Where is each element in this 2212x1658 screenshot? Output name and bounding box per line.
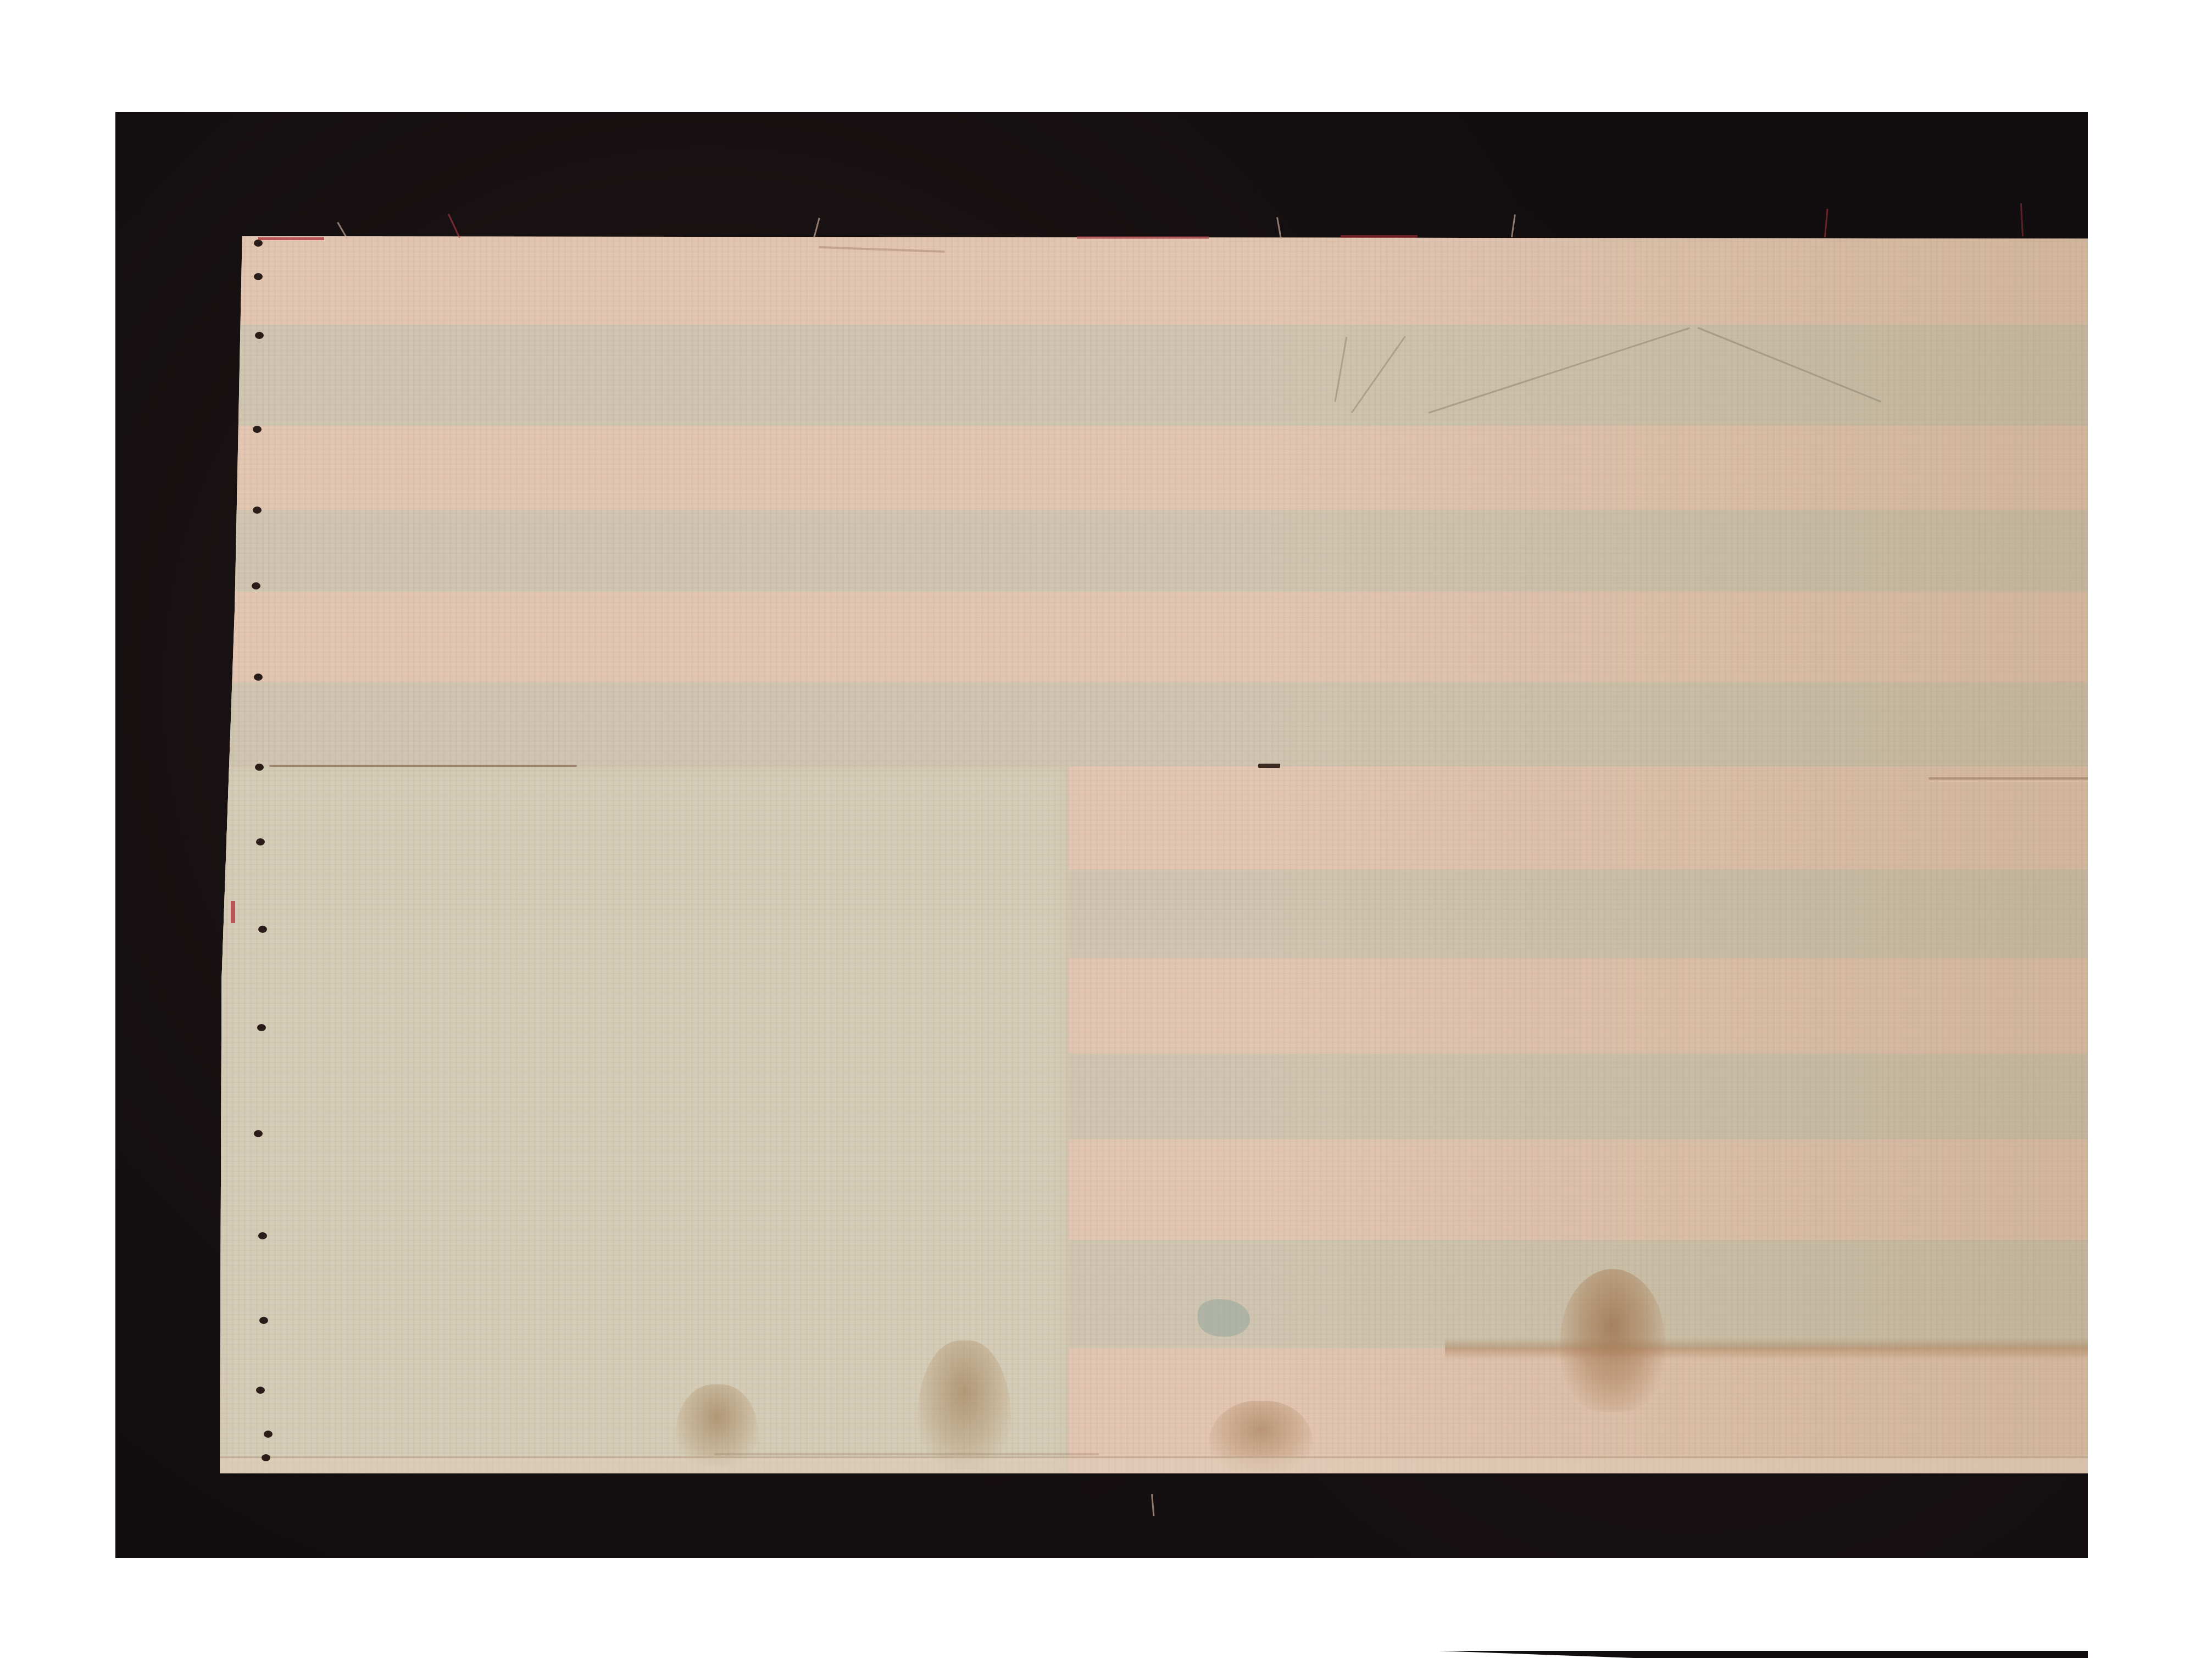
- hoist-stitch-hole: [255, 764, 264, 771]
- flag-stripe-grey: [220, 510, 2088, 592]
- hoist-stitch-hole: [259, 1317, 268, 1324]
- bottom-hem: [220, 1456, 2088, 1473]
- hoist-stitch-hole: [253, 426, 262, 433]
- flag-stripe-grey: [220, 325, 2088, 426]
- hoist-stitch-hole: [258, 1232, 267, 1239]
- hoist-stitch-hole: [262, 1454, 270, 1461]
- water-stain: [918, 1340, 1011, 1470]
- hoist-stitch-hole: [258, 926, 267, 933]
- hoist-stitch-hole: [255, 332, 264, 339]
- loose-thread: [269, 765, 577, 767]
- flag-stripe-pink: [220, 236, 2088, 325]
- loose-thread: [1928, 777, 2088, 780]
- flag-stripe-pink: [220, 592, 2088, 682]
- antique-flag: [220, 236, 2088, 1473]
- hoist-stitch-hole: [264, 1431, 273, 1438]
- hoist-stitch-hole: [254, 1130, 263, 1137]
- stain-streak: [1445, 1338, 2088, 1360]
- hoist-stitch-hole: [257, 1024, 266, 1031]
- red-fringe: [258, 237, 324, 240]
- loose-thread: [714, 1453, 1099, 1455]
- flag-stripe-grey: [220, 682, 2088, 766]
- hoist-stitch-hole: [254, 674, 263, 681]
- hoist-stitch-hole: [256, 838, 265, 845]
- hoist-stitch-hole: [256, 1387, 265, 1394]
- hoist-stitch-hole: [254, 240, 263, 247]
- flag-stripe-pink: [220, 426, 2088, 510]
- red-fringe: [1077, 236, 1209, 239]
- hoist-stitch-hole: [252, 582, 260, 589]
- black-backdrop-edge: [1440, 1651, 2088, 1658]
- red-fringe: [231, 901, 235, 923]
- red-fringe: [1341, 235, 1418, 238]
- hoist-stitch-hole: [254, 273, 263, 280]
- hoist-stitch-hole: [253, 507, 262, 514]
- loose-thread: [1258, 764, 1280, 768]
